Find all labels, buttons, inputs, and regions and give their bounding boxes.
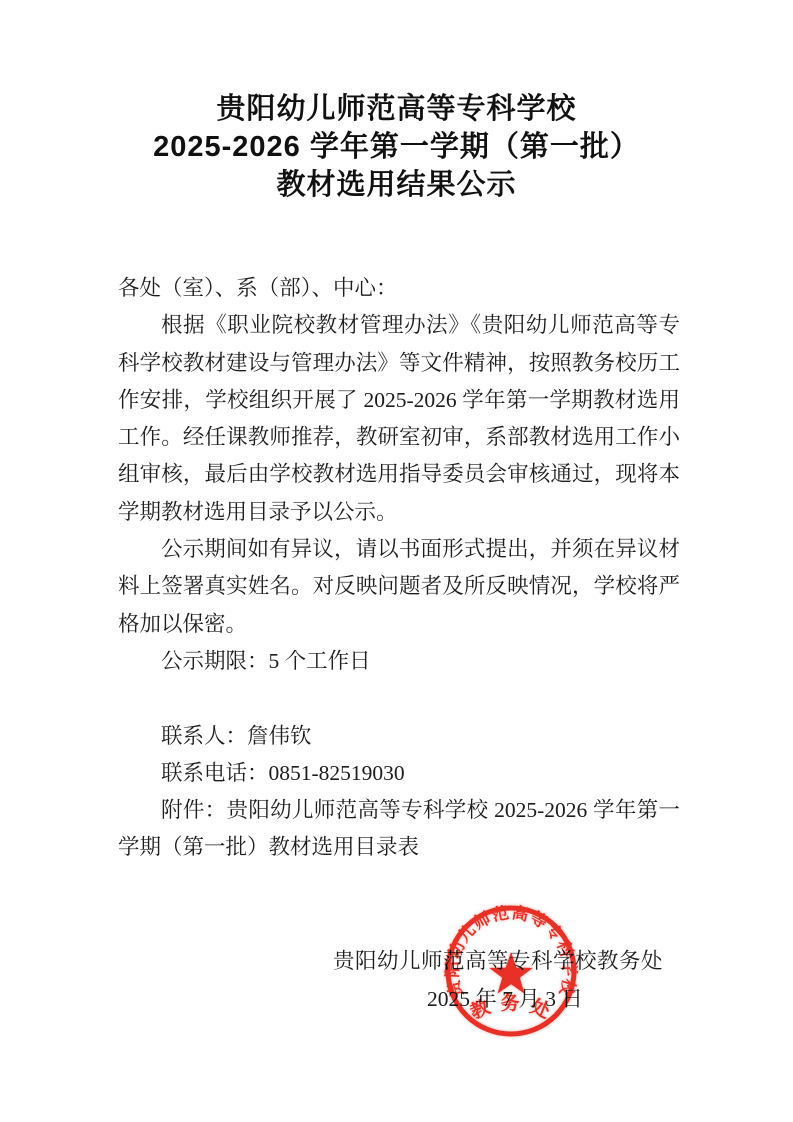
notice-period-line: 公示期限：5 个工作日 <box>118 643 680 680</box>
contact-name-line: 联系人：詹伟钦 <box>118 718 680 755</box>
attachment-line: 附件：贵阳幼儿师范高等专科学校 2025-2026 学年第一 <box>118 792 680 829</box>
document-body: 各处（室）、系（部）、中心： 根据《职业院校教材管理办法》《贵阳幼儿师范高等专 … <box>118 270 680 867</box>
salutation-line: 各处（室）、系（部）、中心： <box>118 270 680 307</box>
seal-ring-text: 贵阳幼儿师范高等专科学校 <box>443 902 581 1000</box>
body-line: 科学校教材建设与管理办法》等文件精神，按照教务校历工 <box>118 345 680 382</box>
document-page: 贵阳幼儿师范高等专科学校 2025-2026 学年第一学期（第一批） 教材选用结… <box>0 0 793 1122</box>
blank-line <box>118 680 680 717</box>
attachment-line: 学期（第一批）教材选用目录表 <box>118 829 680 866</box>
body-line: 学期教材选用目录予以公示。 <box>118 494 680 531</box>
title-line-2: 2025-2026 学年第一学期（第一批） <box>0 128 793 166</box>
body-line: 公示期间如有异议，请以书面形式提出，并须在异议材 <box>118 531 680 568</box>
document-title: 贵阳幼儿师范高等专科学校 2025-2026 学年第一学期（第一批） 教材选用结… <box>0 90 793 204</box>
body-line: 作安排，学校组织开展了 2025-2026 学年第一学期教材选用 <box>118 382 680 419</box>
official-seal-icon: 贵阳幼儿师范高等专科学校 教 务 处 <box>431 891 591 1051</box>
contact-phone-line: 联系电话：0851-82519030 <box>118 755 680 792</box>
title-line-1: 贵阳幼儿师范高等专科学校 <box>0 90 793 128</box>
seal-star-icon <box>489 952 533 994</box>
seal-bottom-text: 教 务 处 <box>467 992 555 1024</box>
body-line: 工作。经任课教师推荐，教研室初审，系部教材选用工作小 <box>118 419 680 456</box>
body-line: 格加以保密。 <box>118 606 680 643</box>
body-line: 根据《职业院校教材管理办法》《贵阳幼儿师范高等专 <box>118 307 680 344</box>
body-line: 组审核，最后由学校教材选用指导委员会审核通过，现将本 <box>118 456 680 493</box>
body-line: 料上签署真实姓名。对反映问题者及所反映情况，学校将严 <box>118 568 680 605</box>
title-line-3: 教材选用结果公示 <box>0 166 793 204</box>
